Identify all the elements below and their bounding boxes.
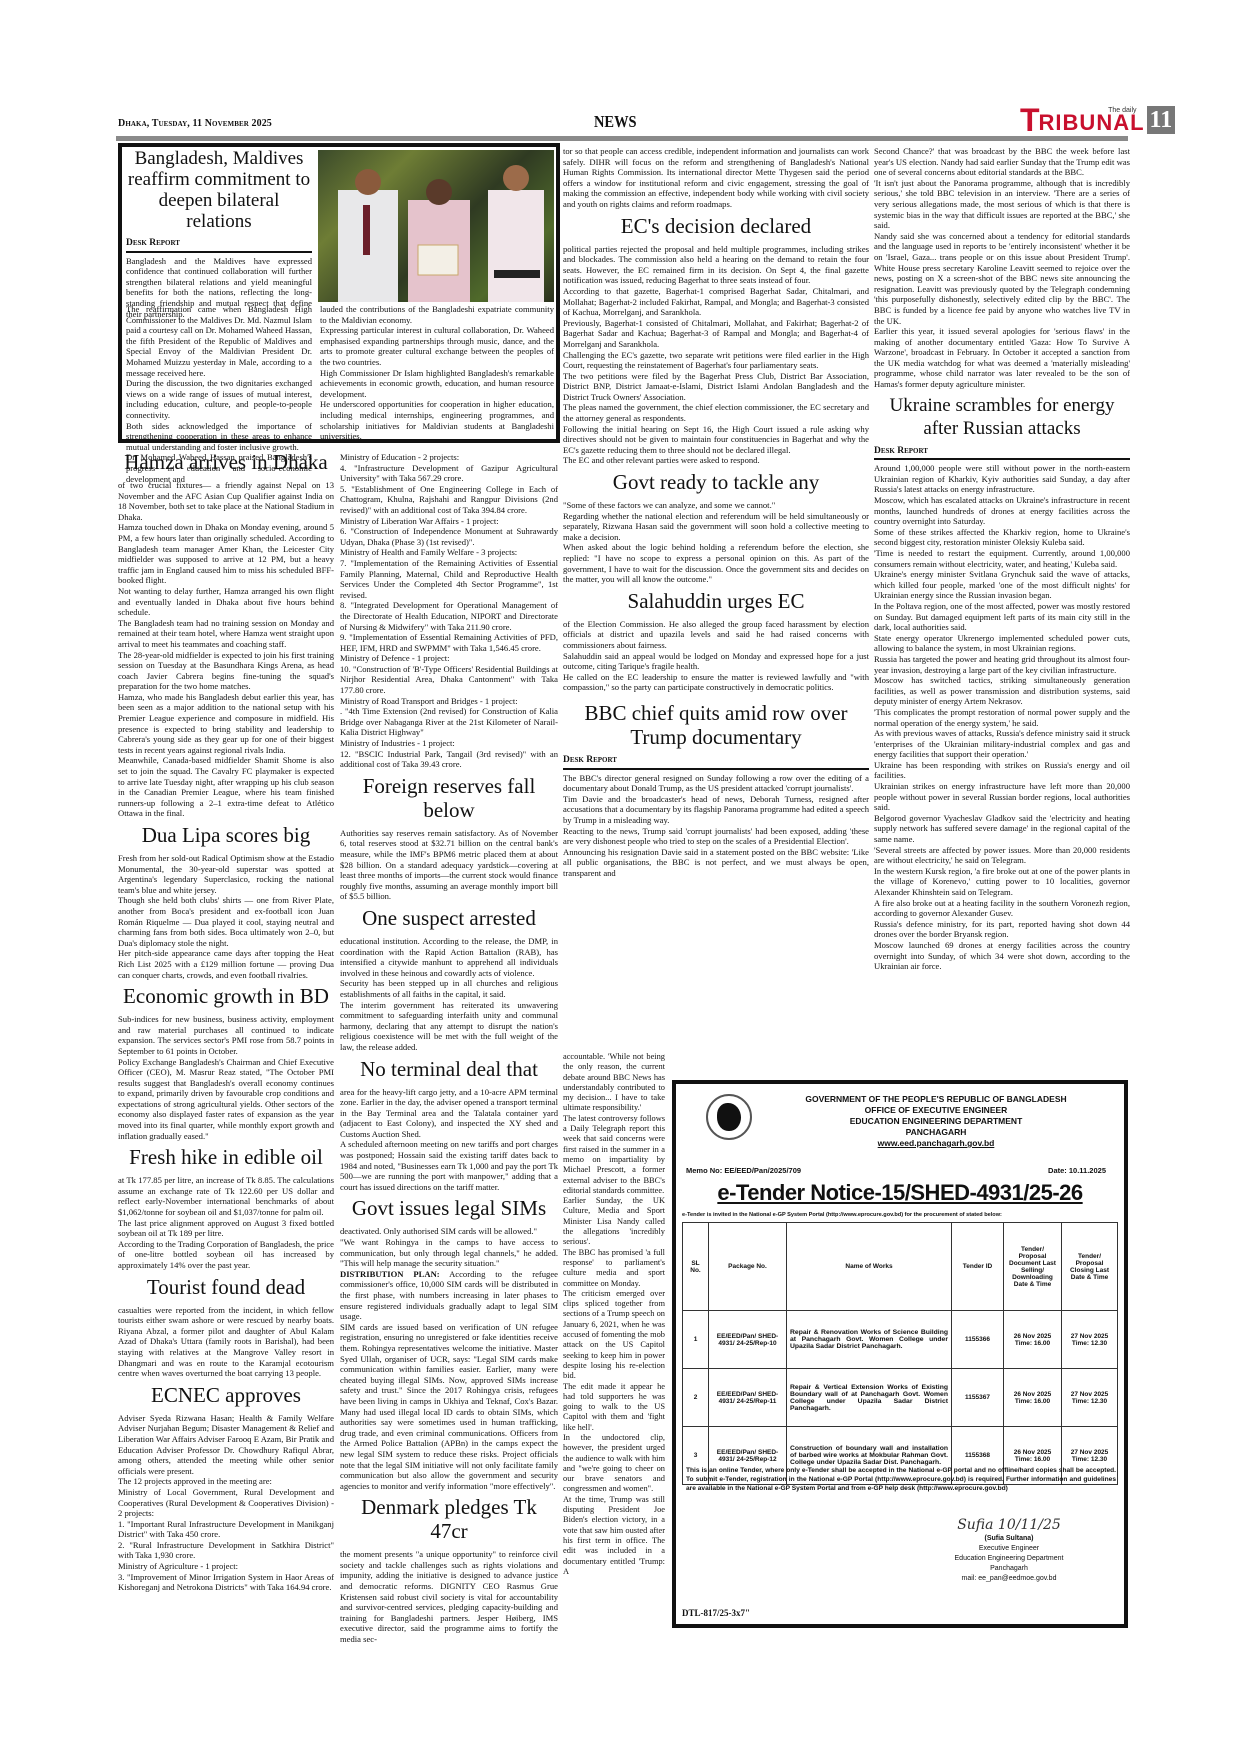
byline-ukraine: Desk Report — [874, 446, 1130, 461]
paragraph: 6. "Construction of Independence Monumen… — [340, 526, 558, 547]
news-photo — [318, 150, 554, 302]
signature-block: Sufia 10/11/25 (Sufia Sultana) Executive… — [934, 1516, 1084, 1584]
paragraph: accountable. 'While not being the only r… — [563, 1052, 665, 1114]
cell-package: EE/EED/Pan/ SHED-4931/ 24-25/Rep-10 — [709, 1311, 787, 1369]
paragraph: of the Election Commission. He also alle… — [563, 619, 869, 651]
paragraph: 'It isn't just about the Panorama progra… — [874, 178, 1130, 231]
paragraph: Following the initial hearing on Sept 16… — [563, 424, 869, 456]
column-2: Ministry of Education - 2 projects: 4. "… — [340, 452, 558, 1645]
column-header: Tender/ Proposal Closing Last Date & Tim… — [1062, 1223, 1118, 1311]
cell-tender-id: 1155366 — [952, 1311, 1004, 1369]
headline-bbc: BBC chief quits amid row over Trump docu… — [563, 701, 869, 749]
paragraph: According to that gazette, Bagerhat-1 co… — [563, 286, 869, 318]
paragraph: High Commissioner Dr Islam highlighted B… — [320, 368, 554, 400]
paragraph: The BBC has promised 'a full response' t… — [563, 1248, 665, 1289]
paragraph: Second Chance?' that was broadcast by th… — [874, 146, 1130, 178]
headline-ec-decision: EC's decision declared — [563, 214, 869, 238]
paragraph: The 12 projects approved in the meeting … — [118, 1476, 334, 1487]
paragraph: Announcing his resignation Davie said in… — [563, 847, 869, 879]
paragraph: Russia's defence ministry, for its part,… — [874, 919, 1130, 940]
paragraph: State energy operator Ukrenergo implemen… — [874, 633, 1130, 654]
paragraph: The 28-year-old midfielder is expected t… — [118, 650, 334, 692]
column-header: Package No. — [709, 1223, 787, 1311]
byline: Desk Report — [126, 238, 312, 253]
paragraph: As with previous waves of attacks, Russi… — [874, 728, 1130, 760]
header-rule — [116, 136, 1128, 141]
paragraph: Ministry of Education - 2 projects: — [340, 452, 558, 463]
paragraph: Hamza touched down in Dhaka on Monday ev… — [118, 522, 334, 586]
paragraph: Her pitch-side appearance came days afte… — [118, 948, 334, 980]
paragraph: 'Time is needed to restart the equipment… — [874, 548, 1130, 569]
paragraph: lauded the contributions of the Banglade… — [320, 304, 554, 325]
paragraph: Moscow launched 69 drones at energy faci… — [874, 940, 1130, 972]
article-maldives-body-right: lauded the contributions of the Banglade… — [320, 304, 554, 442]
paragraph: Moscow has switched tactics, striking si… — [874, 675, 1130, 707]
paragraph: Tim Davie and the broadcaster's head of … — [563, 794, 869, 826]
people-photo-icon — [318, 150, 554, 302]
logo-wordmark: The dailyRIBUNAL — [1039, 112, 1145, 134]
paragraph: Hamza, who made his Bangladesh debut ear… — [118, 692, 334, 756]
paragraph: The last price alignment approved on Aug… — [118, 1218, 334, 1239]
paragraph: The pleas named the government, the chie… — [563, 402, 869, 423]
headline-ecnec: ECNEC approves — [118, 1383, 334, 1407]
table-row: 1 EE/EED/Pan/ SHED-4931/ 24-25/Rep-10 Re… — [683, 1311, 1118, 1369]
paragraph: In the undoctored clip, however, the pre… — [563, 1433, 665, 1495]
cell-closing: 27 Nov 2025 Time: 12.30 — [1062, 1369, 1118, 1427]
paragraph: 4. "Infrastructure Development of Gazipu… — [340, 463, 558, 484]
paragraph: Around 1,00,000 people were still withou… — [874, 463, 1130, 495]
ad-code: DTL-817/25-3x7" — [682, 1608, 750, 1618]
paragraph: The Bangladesh team had no training sess… — [118, 618, 334, 650]
dateline: Dhaka, Tuesday, 11 November 2025 — [118, 118, 272, 129]
paragraph: According to the Trading Corporation of … — [118, 1239, 334, 1271]
paragraph: Though she held both clubs' shirts — one… — [118, 895, 334, 948]
paragraph: Ministry of Health and Family Welfare - … — [340, 547, 558, 558]
headline-foreign-reserves: Foreign reserves fall below — [340, 774, 558, 822]
paragraph: Belgorod governor Vyacheslav Gladkov sai… — [874, 813, 1130, 845]
paragraph: A scheduled afternoon meeting on new tar… — [340, 1139, 558, 1192]
issuer-line: EDUCATION ENGINEERING DEPARTMENT — [756, 1116, 1116, 1127]
memo-number: Memo No: EE/EED/Pan/2025/709 — [686, 1166, 801, 1175]
signatory-dept: Education Engineering Department — [934, 1554, 1084, 1564]
paragraph: deactivated. Only authorised SIM cards w… — [340, 1226, 558, 1237]
issuer-website: www.eed.panchagarh.gov.bd — [756, 1138, 1116, 1149]
tender-footer-note: This is an online Tender, where only e-T… — [686, 1466, 1116, 1493]
column-3-narrow: accountable. 'While not being the only r… — [563, 1052, 665, 1577]
paragraph: Ministry of Defence - 1 project: — [340, 653, 558, 664]
issuer-line: GOVERNMENT OF THE PEOPLE'S REPUBLIC OF B… — [756, 1094, 1116, 1105]
paragraph: Security has been stepped up in all chur… — [340, 978, 558, 999]
logo-initial: T — [1020, 106, 1039, 134]
paragraph: 1. "Important Rural Infrastructure Devel… — [118, 1519, 334, 1540]
paragraph: At the time, Trump was still disputing P… — [563, 1495, 665, 1577]
headline-tourist: Tourist found dead — [118, 1275, 334, 1299]
paragraph: Challenging the EC's gazette, two separa… — [563, 350, 869, 371]
paragraph: area for the heavy-lift cargo jetty, and… — [340, 1087, 558, 1140]
paragraph: Ukraine's energy minister Svitlana Grync… — [874, 569, 1130, 601]
cell-package: EE/EED/Pan/ SHED-4931/ 24-25/Rep-11 — [709, 1369, 787, 1427]
paragraph: 9. "Implementation of Essential Remainin… — [340, 632, 558, 653]
paragraph: Reacting to the news, Trump said 'corrup… — [563, 826, 869, 847]
paragraph: Ukrainian strikes on energy infrastructu… — [874, 781, 1130, 813]
paragraph: The edit made it appear he had told supp… — [563, 1382, 665, 1433]
signatory-name: (Sufia Sultana) — [934, 1534, 1084, 1544]
headline-economic-growth: Economic growth in BD — [118, 984, 334, 1008]
cell-work: Repair & Renovation Works of Science Bui… — [787, 1311, 952, 1369]
paragraph: 10. "Construction of 'B'-Type Officers' … — [340, 664, 558, 696]
paragraph: Ukraine has been responding with strikes… — [874, 760, 1130, 781]
paragraph: During the discussion, the two dignitari… — [126, 378, 312, 420]
paragraph: 12. "BSCIC Industrial Park, Tangail (3rd… — [340, 749, 558, 770]
paragraph: "Some of these factors we can analyze, a… — [563, 500, 869, 511]
cell-sl: 2 — [683, 1369, 709, 1427]
cell-tender-id: 1155367 — [952, 1369, 1004, 1427]
paragraph: Moscow, which has escalated attacks on U… — [874, 495, 1130, 527]
paragraph: 8. "Integrated Development for Operation… — [340, 600, 558, 632]
paragraph: educational institution. According to th… — [340, 936, 558, 978]
article-maldives-head: Bangladesh, Maldives reaffirm commitment… — [126, 146, 312, 319]
cell-selling: 26 Nov 2025 Time: 16.00 — [1004, 1369, 1062, 1427]
signatory-email: mail: ee_pan@eedmoe.gov.bd — [934, 1574, 1084, 1584]
headline-hamza: Hamza arrives in Dhaka — [118, 450, 334, 474]
paragraph: Ministry of Liberation War Affairs - 1 p… — [340, 516, 558, 527]
headline-terminal: No terminal deal that — [340, 1057, 558, 1081]
signatory-title: Executive Engineer — [934, 1544, 1084, 1554]
paragraph: The two petitions were filed by the Bage… — [563, 371, 869, 403]
paragraph: The EC and other relevant parties were a… — [563, 455, 869, 466]
issuer-line: OFFICE OF EXECUTIVE ENGINEER — [756, 1105, 1116, 1116]
paragraph: Ministry of Industries - 1 project: — [340, 738, 558, 749]
paragraph: 3. "Improvement of Minor Irrigation Syst… — [118, 1572, 334, 1593]
paragraph: the moment presents "a unique opportunit… — [340, 1549, 558, 1644]
paragraph: Adviser Syeda Rizwana Hasan; Health & Fa… — [118, 1413, 334, 1477]
paragraph: Earlier Sunday, the UK Culture, Media an… — [563, 1196, 665, 1247]
paragraph: Not wanting to delay further, Hamza arra… — [118, 586, 334, 618]
paragraph: Russia has targeted the power and heatin… — [874, 654, 1130, 675]
paragraph: "We want Rohingya in the camps to have a… — [340, 1237, 558, 1269]
column-4: Second Chance?' that was broadcast by th… — [874, 146, 1130, 972]
paragraph: 5. "Establishment of One Engineering Col… — [340, 484, 558, 516]
paragraph: Some of these strikes affected the Khark… — [874, 527, 1130, 548]
issuer-line: PANCHAGARH — [756, 1127, 1116, 1138]
issuer-block: GOVERNMENT OF THE PEOPLE'S REPUBLIC OF B… — [756, 1094, 1116, 1149]
tender-title: e-Tender Notice-15/SHED-4931/25-26 — [676, 1180, 1124, 1206]
paragraph: Nandy said she was concerned about a ten… — [874, 231, 1130, 326]
cell-closing: 27 Nov 2025 Time: 12.30 — [1062, 1311, 1118, 1369]
column-header: Tender/ Proposal Document Last Selling/ … — [1004, 1223, 1062, 1311]
paragraph: tor so that people can access credible, … — [563, 146, 869, 210]
paragraph: . "4th Time Extension (2nd revised) for … — [340, 706, 558, 738]
logo-tagline: The daily — [1108, 100, 1136, 122]
column-header: Tender ID — [952, 1223, 1004, 1311]
paragraph: SIM cards are issued based on verificati… — [340, 1322, 558, 1492]
paragraph: 'Several streets are affected by power i… — [874, 845, 1130, 866]
headline-ukraine: Ukraine scrambles for energy after Russi… — [874, 394, 1130, 440]
paragraph: A fire also broke out at a heating facil… — [874, 898, 1130, 919]
paragraph: In the western Kursk region, 'a fire bro… — [874, 866, 1130, 898]
paragraph: Ministry of Agriculture - 1 project: — [118, 1561, 334, 1572]
paragraph: 2. "Rural Infrastructure Development in … — [118, 1540, 334, 1561]
cell-sl: 1 — [683, 1311, 709, 1369]
paragraph: Previously, Bagerhat-1 consisted of Chit… — [563, 318, 869, 350]
paragraph: Fresh from her sold-out Radical Optimism… — [118, 853, 334, 895]
signatory-place: Panchagarh — [934, 1564, 1084, 1574]
cell-selling: 26 Nov 2025 Time: 16.00 — [1004, 1311, 1062, 1369]
column-header: SL No. — [683, 1223, 709, 1311]
paragraph: Ministry of Road Transport and Bridges -… — [340, 696, 558, 707]
tender-intro: e-Tender is invited in the National e-GP… — [682, 1212, 1002, 1218]
paragraph: Meanwhile, Canada-based midfielder Shami… — [118, 755, 334, 819]
paragraph: In the Poltava region, one of the most a… — [874, 601, 1130, 633]
paragraph: Authorities say reserves remain satisfac… — [340, 828, 558, 902]
headline-suspect: One suspect arrested — [340, 906, 558, 930]
headline: Bangladesh, Maldives reaffirm commitment… — [126, 148, 312, 232]
table-row: 2 EE/EED/Pan/ SHED-4931/ 24-25/Rep-11 Re… — [683, 1369, 1118, 1427]
headline-sims: Govt issues legal SIMs — [340, 1196, 558, 1220]
paragraph: 7. "Implementation of the Remaining Acti… — [340, 558, 558, 600]
signature-scribble: Sufia 10/11/25 — [934, 1516, 1084, 1534]
headline-govt-ready: Govt ready to tackle any — [563, 470, 869, 494]
paragraph: The latest controversy follows a Daily T… — [563, 1114, 665, 1196]
headline-edible-oil: Fresh hike in edible oil — [118, 1145, 334, 1169]
paragraph: 'This complicates the prompt restoration… — [874, 707, 1130, 728]
paragraph: When asked about the logic behind holdin… — [563, 542, 869, 584]
paragraph: The BBC's director general resigned on S… — [563, 773, 869, 794]
government-seal-icon — [706, 1094, 752, 1140]
paragraph: at Tk 177.85 per litre, an increase of T… — [118, 1175, 334, 1217]
paragraph: Salahuddin said an appeal would be lodge… — [563, 651, 869, 672]
paragraph: Sub-indices for new business, business a… — [118, 1014, 334, 1056]
paragraph: Regarding whether the national election … — [563, 511, 869, 543]
section-title: NEWS — [594, 112, 637, 132]
notice-date: Date: 10.11.2025 — [1048, 1166, 1106, 1175]
paragraph: The interim government has reiterated it… — [340, 1000, 558, 1053]
paragraph: casualties were reported from the incide… — [118, 1305, 334, 1379]
tender-advertisement: GOVERNMENT OF THE PEOPLE'S REPUBLIC OF B… — [672, 1080, 1128, 1628]
paragraph: He called on the EC leadership to ensure… — [563, 672, 869, 693]
column-1: Hamza arrives in Dhaka of two crucial fi… — [118, 446, 334, 1593]
column-3: tor so that people can access credible, … — [563, 146, 869, 878]
paragraph: Policy Exchange Bangladesh's Chairman an… — [118, 1057, 334, 1142]
cell-work: Repair & Vertical Extension Works of Exi… — [787, 1369, 952, 1427]
headline-salahuddin: Salahuddin urges EC — [563, 589, 869, 613]
tender-table: SL No. Package No. Name of Works Tender … — [682, 1222, 1118, 1485]
subhead: DISTRIBUTION PLAN: — [340, 1269, 440, 1279]
paragraph: The reaffirmation came when Bangladesh H… — [126, 304, 312, 378]
paragraph: Ministry of Local Government, Rural Deve… — [118, 1487, 334, 1519]
paragraph: Expressing particular interest in cultur… — [320, 325, 554, 367]
masthead-logo: T The dailyRIBUNAL 11 — [1020, 100, 1175, 134]
paragraph: political parties rejected the proposal … — [563, 244, 869, 286]
paragraph: He underscored opportunities for coopera… — [320, 399, 554, 441]
paragraph: of two crucial fixtures— a friendly agai… — [118, 480, 334, 522]
paragraph: Earlier this year, it issued several apo… — [874, 326, 1130, 390]
paragraph: The criticism emerged over clips spliced… — [563, 1289, 665, 1382]
headline-dua-lipa: Dua Lipa scores big — [118, 823, 334, 847]
column-header: Name of Works — [787, 1223, 952, 1311]
byline-bbc: Desk Report — [563, 755, 869, 770]
page-number: 11 — [1147, 106, 1176, 134]
headline-denmark: Denmark pledges Tk 47cr — [340, 1495, 558, 1543]
